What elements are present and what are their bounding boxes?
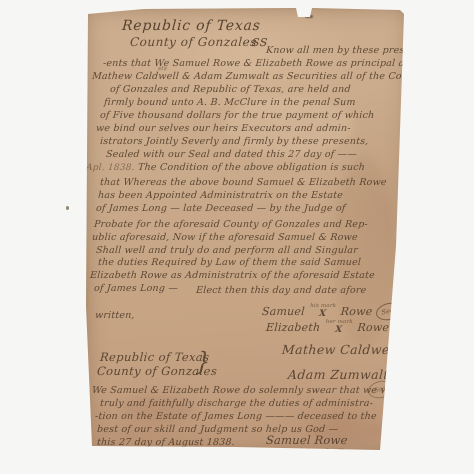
doc-line: the duties Required by Law of them the s… [98, 257, 362, 268]
doc-line: -tion on the Estate of James Long ——— de… [95, 411, 378, 422]
signature-name: Samuel [262, 305, 306, 318]
wax-seal-stamp: Seal [392, 316, 420, 338]
doc-line: truly and faithfully discharge the dutie… [100, 398, 374, 409]
oath-signature-elizabeth: Elizabeth Rowe [276, 446, 371, 460]
doc-line: -ents that We Samuel Rowe & Elizabeth Ro… [103, 58, 418, 69]
signature-surname: Rowe [340, 305, 373, 318]
header-opening: Know all men by these pres [266, 45, 405, 56]
doc-line: firmly bound unto A. B. McClure in the p… [104, 97, 356, 108]
his-mark: his mark X [309, 304, 336, 319]
doc-line: Probate for the aforesaid County of Gonz… [94, 219, 369, 230]
doc-line: of James Long — late Deceased — by the J… [96, 203, 346, 214]
doc-line: Elizabeth Rowe as Administratrix of the … [90, 270, 376, 281]
doc-line: written, [95, 310, 135, 321]
signature-row-mathew-caldwell: Mathew Caldwell Seal [281, 341, 429, 358]
doc-line: of James Long — [94, 283, 179, 294]
oath-republic: Republic of Texas [100, 350, 210, 364]
ink-speck [66, 206, 69, 210]
wax-seal-stamp: Seal [401, 338, 429, 360]
doc-line: we bind our selves our heirs Executors a… [96, 123, 351, 134]
oath-signature-samuel: Samuel Rowe [266, 433, 349, 447]
doc-line: Shall well and truly do and perform all … [96, 245, 359, 256]
margin-date-note: Apl. 1838. [86, 163, 135, 173]
doc-line: Mathew Caldwell & Adam Zumwalt as Securi… [92, 71, 425, 82]
doc-line: Elect then this day and date afore [196, 285, 367, 296]
header-republic: Republic of Texas [121, 18, 261, 34]
signature-name: Adam Zumwalt [287, 367, 389, 382]
signature-row-adam-zumwalt: Adam Zumwalt Seal [287, 366, 419, 383]
doc-line: ublic aforesaid, Now if the aforesaid Sa… [92, 232, 359, 243]
doc-line: of Gonzales and Republic of Texas, are h… [110, 84, 351, 95]
header-county: County of Gonzales [130, 35, 258, 49]
oath-brace: } [195, 348, 211, 377]
doc-line: Sealed with our Seal and dated this 27 d… [106, 149, 358, 160]
signature-surname: Rowe [357, 321, 390, 334]
signature-name: Elizabeth [266, 321, 321, 334]
notch-shadow-mark [305, 15, 313, 18]
signature-row-samuel-rowe: Samuel his mark X Rowe Seal [261, 303, 403, 320]
wax-seal-stamp: Seal [392, 363, 420, 385]
doc-line: The Condition of the above obligation is… [138, 162, 366, 173]
document-paper: Republic of Texas County of Gonzales ss … [84, 6, 410, 456]
signature-row-elizabeth-rowe: Elizabeth her mark X Rowe Seal [265, 319, 419, 336]
doc-line: istrators Jointly Severly and firmly by … [100, 136, 369, 147]
photo-background: Republic of Texas County of Gonzales ss … [0, 0, 474, 474]
doc-line: has been Appointed Administratrix on the… [98, 190, 344, 201]
her-mark: her mark X [325, 320, 353, 335]
signature-name: Mathew Caldwell [281, 342, 399, 357]
doc-line: We Samuel & Elizabeth Rowe do solemnly s… [92, 385, 399, 396]
doc-line: this 27 day of August 1838. [97, 437, 236, 448]
doc-line: of Five thousand dollars for the true pa… [100, 110, 375, 121]
doc-line: that Whereas the above bound Samuel & El… [100, 177, 387, 188]
